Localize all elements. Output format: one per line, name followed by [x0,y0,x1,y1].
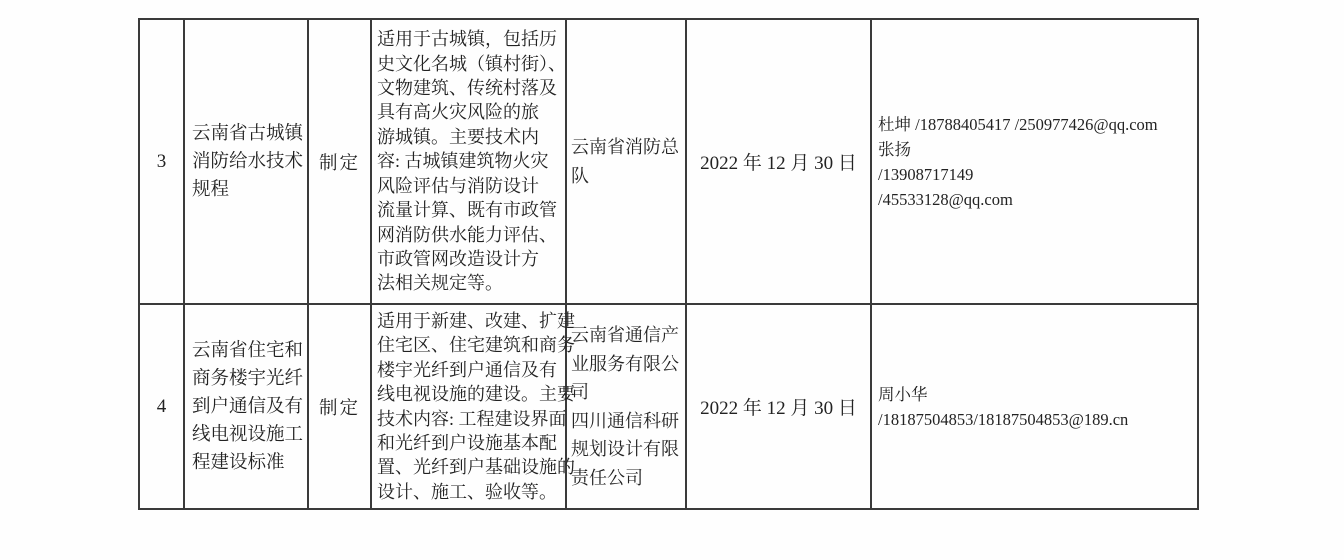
standard-name: 云南省古城镇 消防给水技术 规程 [184,19,308,304]
completion-date: 2022 年 12 月 30 日 [686,304,871,509]
formulation-type: 制定 [308,304,371,509]
drafting-org: 云南省消防总 队 [566,19,686,304]
contact-info: 周小华 /18187504853/18187504853@189.cn [871,304,1198,509]
completion-date: 2022 年 12 月 30 日 [686,19,871,304]
formulation-type: 制定 [308,19,371,304]
standard-name: 云南省住宅和 商务楼宇光纤 到户通信及有 线电视设施工 程建设标准 [184,304,308,509]
scanned-document-page: 3 云南省古城镇 消防给水技术 规程 制定 适用于古城镇，包括历 史文化名城（镇… [0,0,1344,560]
drafting-org: 云南省通信产 业服务有限公 司 四川通信科研 规划设计有限 责任公司 [566,304,686,509]
row-index: 3 [139,19,184,304]
row-index: 4 [139,304,184,509]
table-row: 3 云南省古城镇 消防给水技术 规程 制定 适用于古城镇，包括历 史文化名城（镇… [139,19,1198,304]
contact-info: 杜坤 /18788405417 /250977426@qq.com 张扬 /13… [871,19,1198,304]
table-row: 4 云南省住宅和 商务楼宇光纤 到户通信及有 线电视设施工 程建设标准 制定 适… [139,304,1198,509]
standards-plan-table: 3 云南省古城镇 消防给水技术 规程 制定 适用于古城镇，包括历 史文化名城（镇… [138,18,1199,510]
scope-and-content: 适用于新建、改建、扩建 住宅区、住宅建筑和商务 楼宇光纤到户通信及有 线电视设施… [371,304,566,509]
scope-and-content: 适用于古城镇，包括历 史文化名城（镇村街）、 文物建筑、传统村落及 具有高火灾风… [371,19,566,304]
